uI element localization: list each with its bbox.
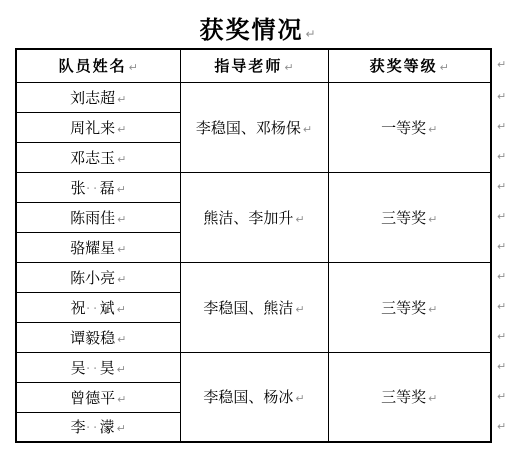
header-label: 队员姓名 [59, 59, 127, 75]
paragraph-mark: ↵ [440, 61, 449, 74]
member-cell[interactable]: 陈小亮↵ [16, 262, 180, 292]
header-cell-members[interactable]: 队员姓名↵ [16, 49, 180, 82]
row-end-mark: ↵ [497, 261, 506, 291]
paragraph-mark: ↵ [117, 422, 126, 435]
paragraph-mark: ↵ [117, 123, 126, 136]
paragraph-mark: ↵ [428, 303, 437, 316]
header-cell-teachers[interactable]: 指导老师↵ [180, 49, 328, 82]
table-row: 刘志超↵ 李稳国、邓杨保↵ 一等奖↵ [16, 82, 491, 112]
member-cell[interactable]: 祝··斌↵ [16, 292, 180, 322]
award-cell[interactable]: 一等奖↵ [328, 82, 491, 172]
teachers-cell[interactable]: 李稳国、杨冰↵ [180, 352, 328, 442]
member-cell[interactable]: 邓志玉↵ [16, 142, 180, 172]
paragraph-mark: ↵ [129, 61, 138, 74]
paragraph-mark: ↵ [117, 153, 126, 166]
row-end-mark: ↵ [497, 81, 506, 111]
paragraph-mark: ↵ [117, 303, 126, 316]
row-end-mark: ↵ [497, 48, 506, 81]
teachers-names: 李稳国、杨冰 [203, 390, 293, 406]
row-end-mark: ↵ [497, 231, 506, 261]
paragraph-mark: ↵ [117, 213, 126, 226]
award-level: 三等奖 [381, 211, 426, 227]
paragraph-mark: ↵ [117, 333, 126, 346]
paragraph-mark: ↵ [117, 393, 126, 406]
document-title[interactable]: 获奖情况↵ [0, 10, 515, 45]
row-end-mark: ↵ [497, 411, 506, 441]
member-cell[interactable]: 吴··昊↵ [16, 352, 180, 382]
paragraph-mark: ↵ [117, 243, 126, 256]
table-row: 吴··昊↵ 李稳国、杨冰↵ 三等奖↵ [16, 352, 491, 382]
row-end-mark: ↵ [497, 171, 506, 201]
paragraph-mark: ↵ [428, 123, 437, 136]
teachers-cell[interactable]: 李稳国、熊洁↵ [180, 262, 328, 352]
award-level: 一等奖 [381, 121, 426, 137]
member-cell[interactable]: 曾德平↵ [16, 382, 180, 412]
paragraph-mark: ↵ [295, 303, 304, 316]
member-cell[interactable]: 谭毅稳↵ [16, 322, 180, 352]
paragraph-mark: ↵ [295, 392, 304, 405]
row-end-mark: ↵ [497, 351, 506, 381]
paragraph-mark: ↵ [305, 27, 315, 41]
member-cell[interactable]: 刘志超↵ [16, 82, 180, 112]
member-name: 刘志超 [70, 91, 115, 107]
paragraph-mark: ↵ [284, 61, 293, 74]
document-title-text: 获奖情况 [199, 18, 303, 44]
awards-table: 队员姓名↵ 指导老师↵ 获奖等级↵ 刘志超↵ 李稳国、邓杨保↵ 一等奖↵ 周礼来… [15, 48, 492, 443]
member-name: 曾德平 [70, 391, 115, 407]
header-label: 获奖等级 [370, 59, 438, 75]
member-name: 祝··斌 [71, 301, 115, 317]
member-name: 张··磊 [71, 181, 115, 197]
row-end-mark: ↵ [497, 201, 506, 231]
document-page: 获奖情况↵ 队员姓名↵ 指导老师↵ 获奖等级↵ 刘志超↵ 李稳国、邓杨保↵ 一等… [0, 0, 515, 466]
teachers-names: 李稳国、邓杨保 [196, 121, 301, 137]
paragraph-mark: ↵ [117, 273, 126, 286]
award-level: 三等奖 [381, 390, 426, 406]
member-name: 陈雨佳 [70, 211, 115, 227]
row-end-marks: ↵ ↵ ↵ ↵ ↵ ↵ ↵ ↵ ↵ ↵ ↵ ↵ ↵ [497, 48, 506, 441]
member-name: 周礼来 [70, 121, 115, 137]
paragraph-mark: ↵ [117, 93, 126, 106]
table-header-row: 队员姓名↵ 指导老师↵ 获奖等级↵ [16, 49, 491, 82]
row-end-mark: ↵ [497, 141, 506, 171]
paragraph-mark: ↵ [428, 213, 437, 226]
member-cell[interactable]: 张··磊↵ [16, 172, 180, 202]
member-cell[interactable]: 陈雨佳↵ [16, 202, 180, 232]
member-cell[interactable]: 周礼来↵ [16, 112, 180, 142]
member-cell[interactable]: 李··濛↵ [16, 412, 180, 442]
member-name: 李··濛 [71, 420, 115, 436]
award-level: 三等奖 [381, 301, 426, 317]
award-cell[interactable]: 三等奖↵ [328, 262, 491, 352]
member-cell[interactable]: 骆耀星↵ [16, 232, 180, 262]
row-end-mark: ↵ [497, 111, 506, 141]
member-name: 吴··昊 [71, 361, 115, 377]
teachers-cell[interactable]: 熊洁、李加升↵ [180, 172, 328, 262]
row-end-mark: ↵ [497, 321, 506, 351]
member-name: 谭毅稳 [70, 331, 115, 347]
table-row: 陈小亮↵ 李稳国、熊洁↵ 三等奖↵ [16, 262, 491, 292]
header-cell-award[interactable]: 获奖等级↵ [328, 49, 491, 82]
award-cell[interactable]: 三等奖↵ [328, 352, 491, 442]
paragraph-mark: ↵ [303, 123, 312, 136]
member-name: 陈小亮 [70, 271, 115, 287]
member-name: 骆耀星 [70, 241, 115, 257]
paragraph-mark: ↵ [295, 213, 304, 226]
table-row: 张··磊↵ 熊洁、李加升↵ 三等奖↵ [16, 172, 491, 202]
header-label: 指导老师 [214, 59, 282, 75]
member-name: 邓志玉 [70, 151, 115, 167]
row-end-mark: ↵ [497, 381, 506, 411]
paragraph-mark: ↵ [117, 363, 126, 376]
paragraph-mark: ↵ [117, 183, 126, 196]
paragraph-mark: ↵ [428, 392, 437, 405]
award-cell[interactable]: 三等奖↵ [328, 172, 491, 262]
teachers-cell[interactable]: 李稳国、邓杨保↵ [180, 82, 328, 172]
teachers-names: 李稳国、熊洁 [203, 301, 293, 317]
teachers-names: 熊洁、李加升 [203, 211, 293, 227]
row-end-mark: ↵ [497, 291, 506, 321]
